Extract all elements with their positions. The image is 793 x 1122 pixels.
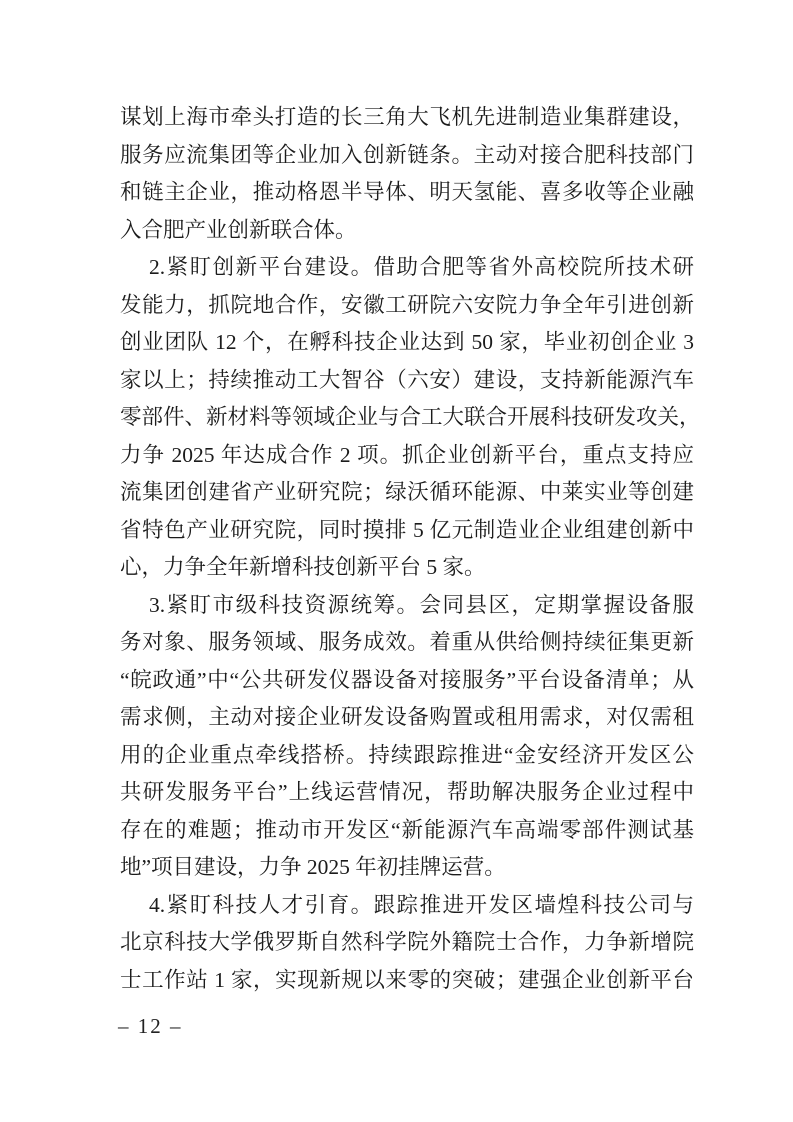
text-line: 士工作站 1 家，实现新规以来零的突破；建强企业创新平台 xyxy=(120,962,694,1000)
text-line: “皖政通”中“公共研发仪器设备对接服务”平台设备清单；从 xyxy=(120,662,694,700)
paragraph: 3.紧盯市级科技资源统筹。会同县区，定期掌握设备服务对象、服务领域、服务成效。着… xyxy=(120,587,694,887)
text-line: 发能力，抓院地合作，安徽工研院六安院力争全年引进创新 xyxy=(120,287,694,325)
text-line: 用的企业重点牵线搭桥。持续跟踪推进“金安经济开发区公 xyxy=(120,737,694,775)
text-line: 3.紧盯市级科技资源统筹。会同县区，定期掌握设备服 xyxy=(120,587,694,625)
paragraph: 谋划上海市牵头打造的长三角大飞机先进制造业集群建设，服务应流集团等企业加入创新链… xyxy=(120,99,694,249)
text-line: 2.紧盯创新平台建设。借助合肥等省外高校院所技术研 xyxy=(120,249,694,287)
text-line: 创业团队 12 个，在孵科技企业达到 50 家，毕业初创企业 3 xyxy=(120,324,694,362)
text-line: 流集团创建省产业研究院；绿沃循环能源、中莱实业等创建 xyxy=(120,474,694,512)
text-line: 力争 2025 年达成合作 2 项。抓企业创新平台，重点支持应 xyxy=(120,437,694,475)
text-line: 北京科技大学俄罗斯自然科学院外籍院士合作，力争新增院 xyxy=(120,924,694,962)
text-line: 需求侧，主动对接企业研发设备购置或租用需求，对仅需租 xyxy=(120,699,694,737)
text-line: 家以上；持续推动工大智谷（六安）建设，支持新能源汽车 xyxy=(120,362,694,400)
text-line: 和链主企业，推动格恩半导体、明天氢能、喜多收等企业融 xyxy=(120,174,694,212)
text-line: 零部件、新材料等领域企业与合工大联合开展科技研发攻关， xyxy=(120,399,694,437)
paragraph: 4.紧盯科技人才引育。跟踪推进开发区墙煌科技公司与北京科技大学俄罗斯自然科学院外… xyxy=(120,887,694,1000)
text-line: 服务应流集团等企业加入创新链条。主动对接合肥科技部门 xyxy=(120,137,694,175)
document-page: 谋划上海市牵头打造的长三角大飞机先进制造业集群建设，服务应流集团等企业加入创新链… xyxy=(0,0,793,1122)
text-line: 心，力争全年新增科技创新平台 5 家。 xyxy=(120,549,694,587)
text-line: 省特色产业研究院，同时摸排 5 亿元制造业企业组建创新中 xyxy=(120,512,694,550)
text-line: 谋划上海市牵头打造的长三角大飞机先进制造业集群建设， xyxy=(120,99,694,137)
text-line: 地”项目建设，力争 2025 年初挂牌运营。 xyxy=(120,849,694,887)
paragraph: 2.紧盯创新平台建设。借助合肥等省外高校院所技术研发能力，抓院地合作，安徽工研院… xyxy=(120,249,694,587)
text-line: 共研发服务平台”上线运营情况，帮助解决服务企业过程中 xyxy=(120,774,694,812)
text-line: 务对象、服务领域、服务成效。着重从供给侧持续征集更新 xyxy=(120,624,694,662)
text-line: 4.紧盯科技人才引育。跟踪推进开发区墙煌科技公司与 xyxy=(120,887,694,925)
page-number: – 12 – xyxy=(118,1013,183,1039)
document-body: 谋划上海市牵头打造的长三角大飞机先进制造业集群建设，服务应流集团等企业加入创新链… xyxy=(120,99,694,999)
text-line: 存在的难题；推动市开发区“新能源汽车高端零部件测试基 xyxy=(120,812,694,850)
text-line: 入合肥产业创新联合体。 xyxy=(120,212,694,250)
